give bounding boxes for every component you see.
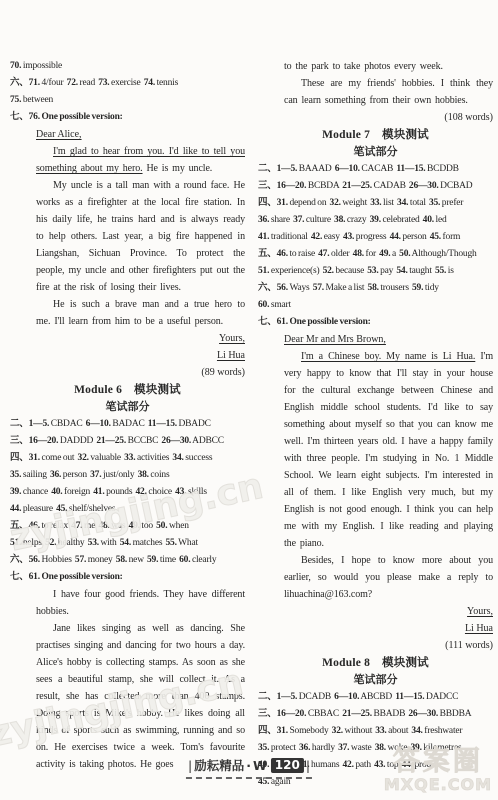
module6-essay-continued: to the park to take photos every week. T… (284, 58, 493, 126)
letter-paragraph: I'm a Chinese boy. My name is Li Hua. I'… (284, 348, 493, 552)
letter-closing: Yours, (36, 330, 245, 347)
writing-task-label: 七、76. One possible version: (10, 109, 245, 126)
answer-line: 三、16—20. BCBDA 21—25. CADAB 26—30. DCBAD (258, 178, 493, 195)
answer-line: 41. traditional 42. easy 43. progress 44… (258, 229, 493, 246)
answer-line: 51. helps 52. healthy 53. with 54. match… (10, 535, 245, 552)
series-letter: W (253, 758, 267, 773)
letter-salutation: Dear Alice, (36, 129, 82, 140)
letter-paragraph: I'm glad to hear from you. I'd like to t… (36, 143, 245, 177)
letter-paragraph: Besides, I hope to know more about you e… (284, 552, 493, 603)
word-count: (108 words) (284, 109, 493, 126)
essay-paragraph: to the park to take photos every week. (284, 58, 493, 75)
module7-section-label: 笔试部分 (258, 144, 493, 161)
page-footer: | 励耘精品 · W 120 | (186, 756, 312, 779)
answer-line: 三、16—20. DADDD 21—25. BCCBC 26—30. ADBCC (10, 433, 245, 450)
module7-title: Module 7模块测试 (258, 126, 493, 144)
letter-paragraph: My uncle is a tall man with a round face… (36, 177, 245, 296)
left-column: 70. impossible 六、71. 4/four 72. read 73.… (10, 58, 245, 791)
word-count: (111 words) (284, 637, 493, 654)
answer-line: 36. share 37. culture 38. crazy 39. cele… (258, 212, 493, 229)
answer-line: 二、1—5. CBDAC 6—10. BADAC 11—15. DBADC (10, 416, 245, 433)
brand-dot: · (246, 758, 251, 773)
answer-line: 六、56. Ways 57. Make a list 58. trousers … (258, 280, 493, 297)
brand-name: 励耘精品 (194, 756, 244, 774)
answer-line: 六、71. 4/four 72. read 73. exercise 74. t… (10, 75, 245, 92)
right-column: to the park to take photos every week. T… (258, 58, 493, 791)
answer-line: 四、31. come out 32. valuable 33. activiti… (10, 450, 245, 467)
answer-line: 三、16—20. CBBAC 21—25. BBADB 26—30. BBDBA (258, 706, 493, 723)
word-count: (89 words) (36, 364, 245, 381)
answer-line: 四、31. Somebody 32. without 33. about 34.… (258, 723, 493, 740)
answer-line: 五、46. to raise 47. older 48. for 49. a 5… (258, 246, 493, 263)
module6-essay: I have four good friends. They have diff… (36, 586, 245, 773)
essay-paragraph: I have four good friends. They have diff… (36, 586, 245, 620)
writing-task-label: 七、61. One possible version: (258, 314, 493, 331)
answer-line: 六、56. Hobbies 57. money 58. new 59. time… (10, 552, 245, 569)
answer-line: 35. protect 36. hardly 37. waste 38. wok… (258, 740, 493, 757)
letter-signature: Li Hua (284, 620, 493, 637)
letter-paragraph: He is such a brave man and a true hero t… (36, 296, 245, 330)
module6-section-label: 笔试部分 (10, 399, 245, 416)
letter-signature: Li Hua (36, 347, 245, 364)
letter-to-alice: Dear Alice, I'm glad to hear from you. I… (36, 126, 245, 381)
answer-line: 二、1—5. DCADB 6—10. ABCBD 11—15. DADCC (258, 689, 493, 706)
content-columns: 70. impossible 六、71. 4/four 72. read 73.… (0, 0, 498, 791)
essay-paragraph: Jane likes singing as well as dancing. S… (36, 620, 245, 773)
answer-line: 四、31. depend on 32. weight 33. list 34. … (258, 195, 493, 212)
footer-bar: | (188, 758, 192, 773)
answer-line: 二、1—5. BAAAD 6—10. CACAB 11—15. BCDDB (258, 161, 493, 178)
answer-line: 70. impossible (10, 58, 245, 75)
module8-title: Module 8模块测试 (258, 654, 493, 672)
answer-book-page: zyjingjing.cn zyjingjing.cn 70. impossib… (0, 0, 498, 800)
footer-bar: | (306, 758, 310, 773)
answer-line: 35. sailing 36. person 37. just/only 38.… (10, 467, 245, 484)
module8-section-label: 笔试部分 (258, 672, 493, 689)
letter-closing: Yours, (284, 603, 493, 620)
page-number-badge: 120 (271, 758, 304, 773)
essay-paragraph: These are my friends' hobbies. I think t… (284, 75, 493, 109)
answer-line: 39. chance 40. foreign 41. pounds 42. ch… (10, 484, 245, 501)
answer-line: 五、46. to relax 47. me 48. was 49. too 50… (10, 518, 245, 535)
answer-line: 44. pleasure 45. shelf/shelves (10, 501, 245, 518)
answer-line: 60. smart (258, 297, 493, 314)
module6-title: Module 6模块测试 (10, 381, 245, 399)
answer-line: 75. between (10, 92, 245, 109)
letter-to-browns: Dear Mr and Mrs Brown, I'm a Chinese boy… (284, 331, 493, 654)
writing-task-label: 七、61. One possible version: (10, 569, 245, 586)
letter-salutation: Dear Mr and Mrs Brown, (284, 334, 386, 345)
answer-line: 51. experience(s) 52. because 53. pay 54… (258, 263, 493, 280)
